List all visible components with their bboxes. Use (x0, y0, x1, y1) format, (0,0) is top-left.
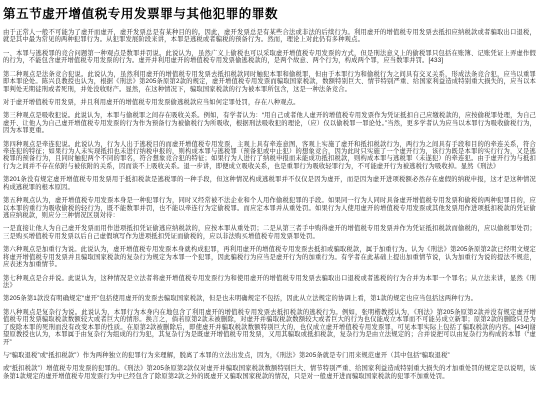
paragraph: 第二种观点是法条竞合犯说。此说认为，虽然利用虚开的增值税专用发票去抵扣税款同时触… (3, 71, 536, 93)
paragraph: 第六种观点是加重行为说。此说认为，虚开增值税专用发票本身就构成犯罪，再利用虚开的… (3, 246, 536, 268)
paragraph: 第七种观点是合并说。此说认为，这种情况是立法者将虚开增值税专用发票行为和使用虚开… (3, 275, 536, 290)
paragraph: 一是直接让他人为自己虚开发票而用作进项抵扣凭证偷逃应纳税款的，应按本罪从重处罚；… (3, 225, 536, 240)
paragraph: 或“抵扣税款”）增值税专用发票的犯罪的。《刑法》第205条原第2款仅对虚开并骗取… (3, 365, 536, 380)
paragraph: 第四种观点是牵连犯说。此说认为，行为人出于逃税目的而虚开增值税专用发票，主观上具… (3, 141, 536, 171)
paragraph: 第三种观点是吸收犯说。此说认为，本罪与偷税罪之间存在吸收关系。例如，有学者认为：… (3, 112, 536, 134)
paragraph: 一、本罪与逃税罪的竞合问题第一种观点是数罪并罚说。此说认为，虽然广义上偷税也可以… (3, 50, 536, 65)
paragraph: 对于虚开增值税专用发票，并且利用虚开的增值税专用发票偷逃税款应当如何定罪处罚，存… (3, 99, 536, 106)
paragraph: 第五种观点认为，虚开增值税专用发票本身是一种犯罪行为，同时又经常被不法企业和个人… (3, 197, 536, 219)
paragraph: 第205条第1款没有明确规定“虚开”包括使用虚开的发票去骗取国家税款，但是也未明… (3, 295, 536, 302)
paragraph: 第201条没有规定虚开增值税专用发票用于抵扣税款是逃税罪的一种手段，但这种情况构… (3, 176, 536, 191)
paragraph: 与“骗取退税”或“抵扣税款”）作为两种独立的犯罪行为来理解，脱离了本罪的立法出发… (3, 352, 536, 359)
paragraph: 第八种观点是复杂行为说。此说认为，本罪行为本身内在地包含了利用虚开的增值税专用发… (3, 309, 536, 346)
page-title: 第五节虚开增值税专用发票罪与其他犯罪的罪数 (3, 4, 536, 22)
paragraph: 由于正常人一般不可能为了虚开而虚开，虚开发票总是有某种目的的。因此，虚开发票总是… (3, 29, 536, 44)
document-page: 第五节虚开增值税专用发票罪与其他犯罪的罪数 由于正常人一般不可能为了虚开而虚开，… (0, 0, 540, 405)
